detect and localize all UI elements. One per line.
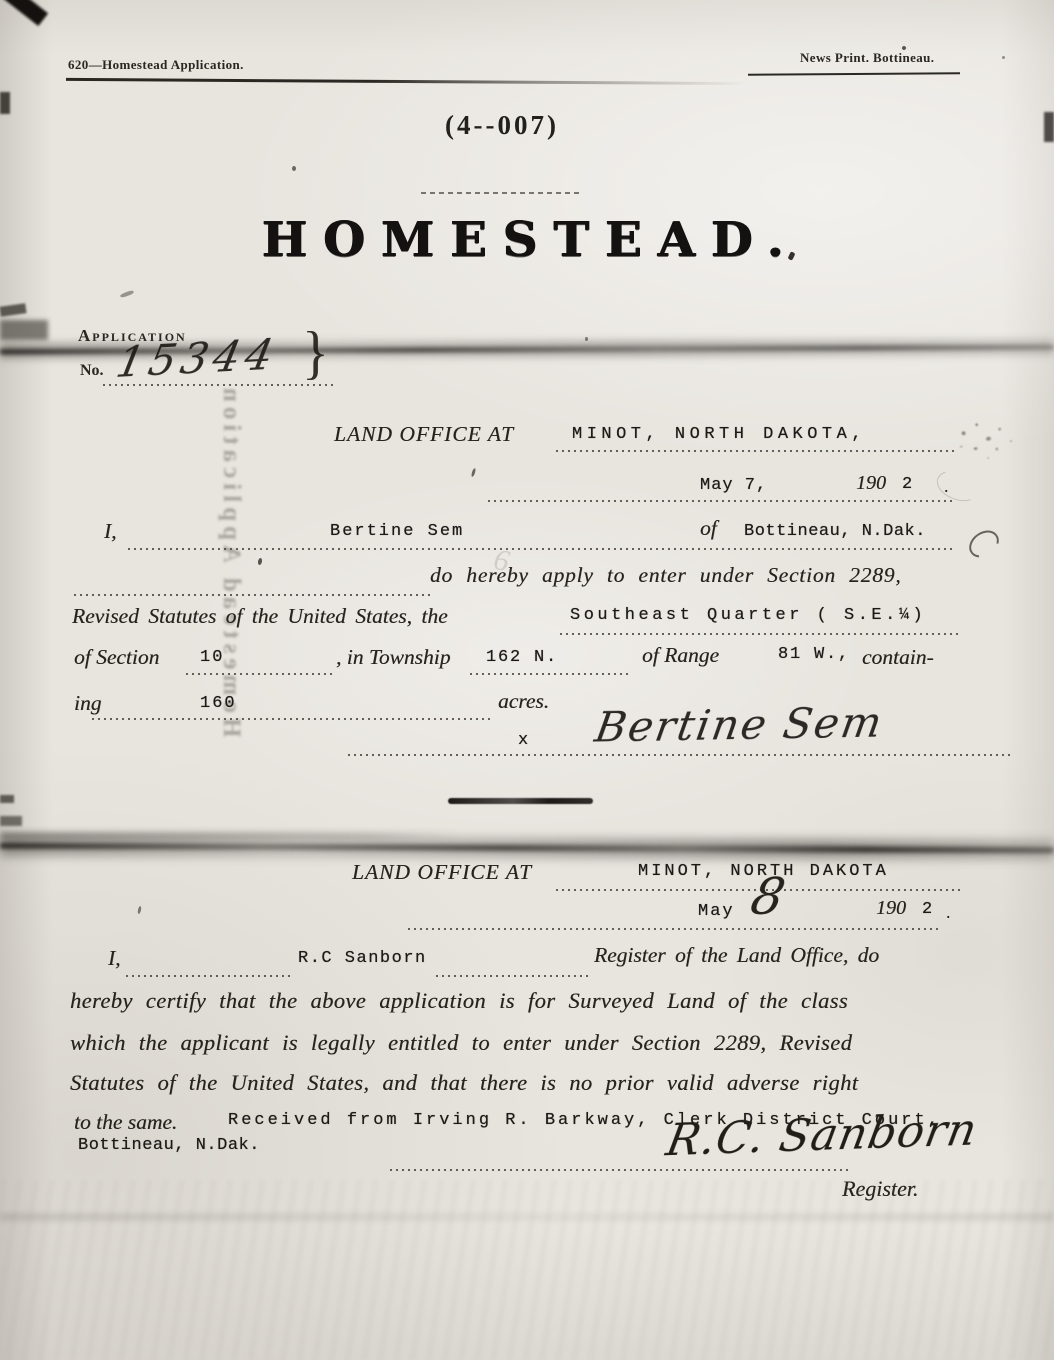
contain-label: contain- [862,645,934,670]
range-label: of Range [642,643,719,668]
certify-line-1: hereby certify that the above applicatio… [70,988,848,1014]
edge-mark-artifact [0,795,14,803]
range-no: 81 W., [778,645,850,664]
application-number-handwritten: 15344 [112,330,282,387]
ink-speck [292,166,296,171]
certify-line-2: which the applicant is legally entitled … [70,1030,852,1056]
date-value-1: May 7, [700,476,767,495]
township-no: 162 N. [486,648,558,667]
ink-speck [585,337,588,341]
form-code: (4--007) [445,110,559,141]
dotline [556,450,958,452]
applicant-name: Bertine Sem [330,522,464,541]
dotline [74,594,434,596]
dotline [92,718,492,720]
pen-loop-artifact [964,525,1004,563]
land-office-label-2: LAND OFFICE AT [352,860,532,885]
to-same-label: to the same. [74,1110,177,1135]
dotline [560,633,958,635]
dotline [128,548,956,550]
dotline [186,673,334,675]
applicant-residence: Bottineau, N.Dak. [744,522,926,541]
land-office-label-1: LAND OFFICE AT [334,422,514,447]
register-line: Register of the Land Office, do [594,943,879,968]
dotline [488,500,956,502]
dotline [408,928,940,930]
ink-speck [471,468,477,477]
corner-streak-artifact [0,0,48,26]
i-label-2: I, [108,946,121,971]
year-typed-2: 2 [922,900,934,919]
tract-value: Southeast Quarter ( S.E.¼) [570,606,926,625]
received-line-2: Bottineau, N.Dak. [78,1136,260,1155]
application-no-label: No. [80,362,104,380]
of-section-label: of Section [74,645,159,670]
header-rule-right [748,72,960,75]
year-printed-1: 190 [856,472,886,495]
month-2: May [698,902,735,921]
x-mark: x [518,731,530,750]
ink-speck [1002,56,1005,59]
ink-speck [257,558,262,566]
edge-mark-artifact [0,92,10,114]
title-divider-rule [421,192,583,194]
applicant-signature: Bertine Sem [592,698,887,752]
edge-mark-artifact [0,320,48,340]
document-title: HOMESTEAD. [262,212,800,268]
homestead-application-scan: 620—Homestead Application. News Print. B… [0,0,1054,1360]
header-rule-left [66,78,746,85]
edge-mark-artifact [0,816,22,826]
bleed-through-stamp: Homestead Application [145,383,245,815]
signature-dotline-1 [348,754,1012,756]
acres-no: 160 [200,694,237,713]
land-office-value-1: MINOT, NORTH DAKOTA, [572,425,866,444]
section-divider [448,798,593,804]
township-label: , in Township [336,645,451,670]
printer-imprint: News Print. Bottineau. [800,50,934,66]
revised-line: Revised Statutes of the United States, t… [72,604,448,629]
smudge-fingerprint-artifact [936,400,1035,486]
dotline [436,975,588,977]
year-typed-1: 2 [902,475,914,494]
ink-speck [137,906,142,914]
pencil-check-artifact [120,290,135,299]
of-label: of [700,516,717,541]
form-number-header: 620—Homestead Application. [68,57,244,73]
section-no: 10 [200,648,224,667]
register-name-typed: R.C Sanborn [298,949,427,968]
register-signature: R.C. Sanborn [662,1105,981,1167]
signature-dotline-2 [390,1169,852,1171]
dotline [126,975,294,977]
acres-label: acres. [498,689,549,714]
dotline [470,673,630,675]
ing-label: ing [74,691,101,716]
period-2: . [946,902,951,923]
paper-texture-bottom [0,1180,1054,1360]
edge-mark-artifact [0,303,27,317]
certify-line-3: Statutes of the United States, and that … [70,1070,858,1096]
edge-mark-artifact [1044,112,1054,142]
year-printed-2: 190 [876,897,906,920]
bleed-through-stamp-text: Homestead Application [217,383,245,737]
i-label-1: I, [104,519,117,544]
